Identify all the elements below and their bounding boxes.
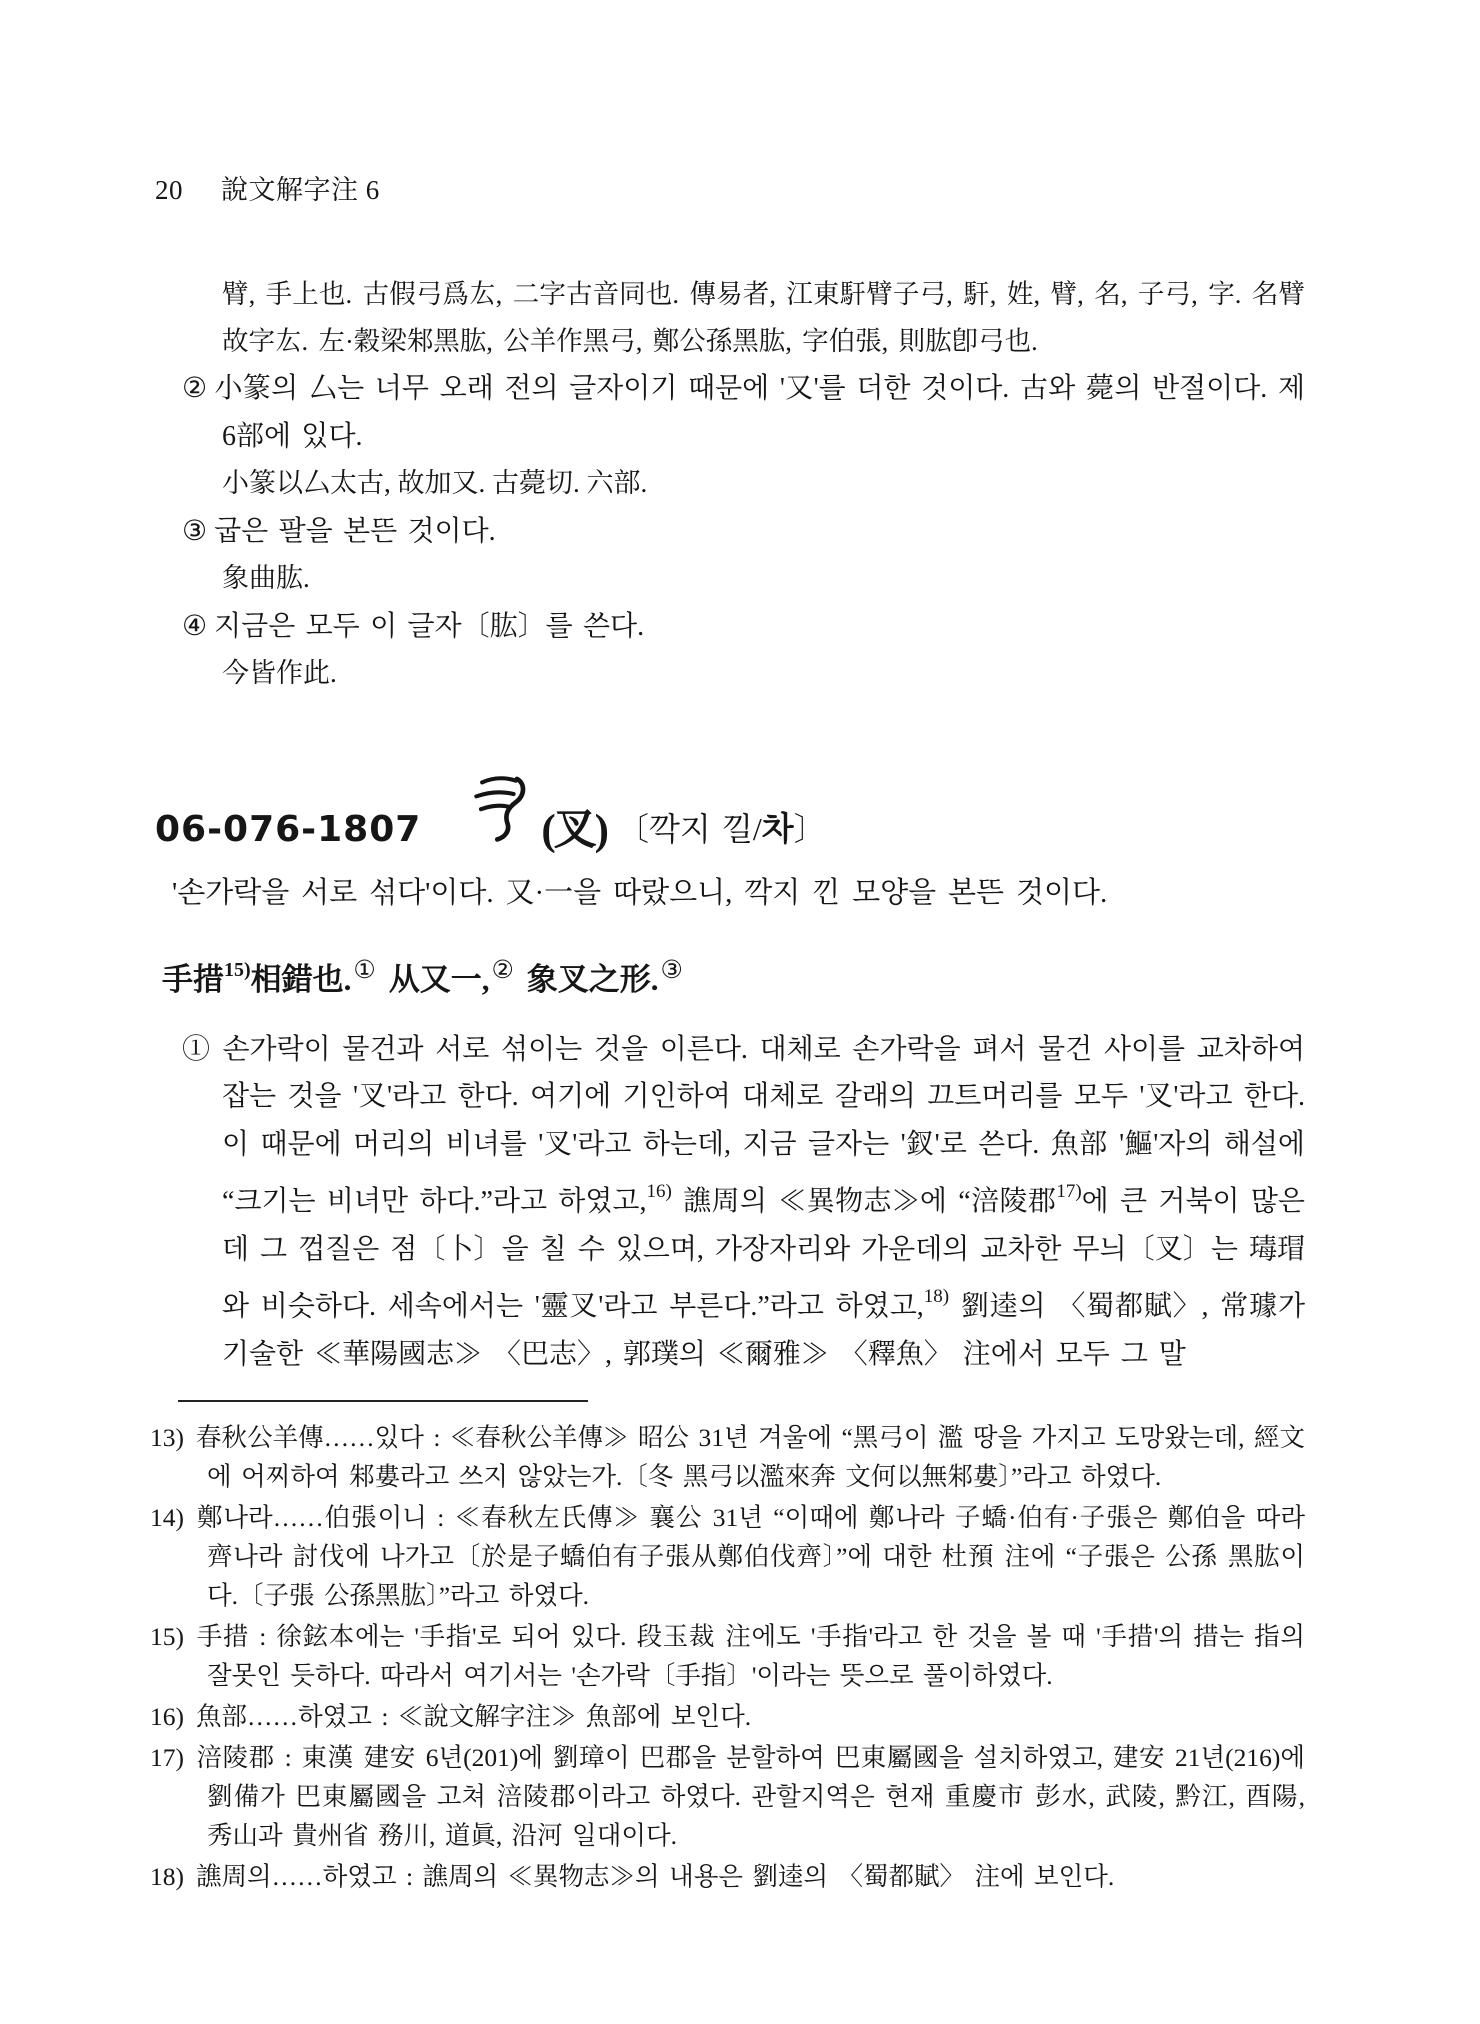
footnote-14: 14)鄭나라……伯張이니 : ≪春秋左氏傳≫ 襄公 31년 “이때에 鄭나라 子…	[150, 1498, 1305, 1615]
original-seg: 象叉之形.	[516, 962, 659, 997]
footnote-ref-18: 18)	[924, 1286, 949, 1307]
note-ref-3: ③	[660, 957, 682, 984]
entry-headword: (叉)	[541, 809, 607, 856]
footnote-ref-15: 15)	[224, 959, 251, 981]
original-seg: 从又一,	[378, 962, 490, 997]
footnote-number: 17)	[150, 1743, 184, 1772]
note-seg: 譙周의 ≪異物志≫에 “涪陵郡	[672, 1186, 1057, 1217]
footnote-text: 魚部……하였고 : ≪說文解字注≫ 魚部에 보인다.	[196, 1702, 751, 1731]
footnote-text: 春秋公羊傳……있다 : ≪春秋公羊傳≫ 昭公 31년 겨울에 “黑弓이 濫 땅을…	[196, 1423, 1305, 1491]
entry-definition: '손가락을 서로 섞다'이다. 又·一을 따랐으니, 깍지 낀 모양을 본뜬 것…	[172, 870, 1305, 916]
circled-number-3: ③	[182, 516, 207, 547]
annotation-item-4-text: 지금은 모두 이 글자〔肱〕를 쓴다.	[214, 611, 644, 642]
footnote-number: 13)	[150, 1423, 184, 1452]
footnote-text: 譙周의……하였고 : 譙周의 ≪異物志≫의 내용은 劉逵의 〈蜀都賦〉 注에 보…	[196, 1862, 1114, 1891]
footnote-text: 涪陵郡 : 東漢 建安 6년(201)에 劉璋이 巴郡을 분할하여 巴東屬國을 …	[196, 1743, 1305, 1850]
original-seg: 相錯也.	[251, 962, 352, 997]
footnotes-section: 13)春秋公羊傳……있다 : ≪春秋公羊傳≫ 昭公 31년 겨울에 “黑弓이 濫…	[150, 1418, 1305, 1896]
footnote-18: 18)譙周의……하였고 : 譙周의 ≪異物志≫의 내용은 劉逵의 〈蜀都賦〉 注…	[150, 1857, 1305, 1896]
entry-reading-pre: 〔깍지 낄/	[617, 811, 762, 847]
circled-number-2: ②	[182, 373, 207, 404]
entry-reading: 〔깍지 낄/차〕	[617, 813, 826, 856]
annotation-item-2-text: 小篆의 厶는 너무 오래 전의 글자이기 때문에 '又'를 더한 것이다. 古와…	[214, 373, 1305, 452]
footnote-text: 手措 : 徐鉉本에는 '手指'로 되어 있다. 段玉裁 注에도 '手指'라고 한…	[196, 1622, 1305, 1690]
annotation-item-2-hanja: 小篆以厶太古, 故加又. 古薨切. 六部.	[222, 460, 1305, 508]
note-ref-2: ②	[491, 957, 513, 984]
footnote-16: 16)魚部……하였고 : ≪說文解字注≫ 魚部에 보인다.	[150, 1697, 1305, 1736]
footnote-text: 鄭나라……伯張이니 : ≪春秋左氏傳≫ 襄公 31년 “이때에 鄭나라 子蟜·伯…	[196, 1503, 1305, 1610]
seal-script-cha-icon	[467, 765, 531, 856]
footnote-number: 16)	[150, 1702, 184, 1731]
page-header: 20說文解字注 6	[155, 168, 1305, 207]
original-seg: 手措	[162, 962, 224, 997]
book-title: 說文解字注 6	[221, 175, 380, 205]
footnote-number: 14)	[150, 1503, 184, 1532]
annotation-item-3-hanja: 象曲肱.	[222, 555, 1305, 603]
footnote-17: 17)涪陵郡 : 東漢 建安 6년(201)에 劉璋이 巴郡을 분할하여 巴東屬…	[150, 1738, 1305, 1855]
annotation-item-4: ④지금은 모두 이 글자〔肱〕를 쓴다.	[182, 603, 1305, 651]
footnote-ref-17: 17)	[1056, 1181, 1081, 1202]
footnote-number: 18)	[150, 1862, 184, 1891]
page-number: 20	[155, 175, 183, 205]
annotation-item-3: ③굽은 팔을 본뜬 것이다.	[182, 508, 1305, 556]
previous-entry-hanja-gloss: 臂, 手上也. 古假弓爲厷, 二字古音同也. 傳易者, 江東馯臂子弓, 馯, 姓…	[222, 271, 1305, 365]
entry-original-text: 手措15)相錯也.① 从又一,② 象叉之形.③	[162, 946, 1305, 1004]
footnote-ref-16: 16)	[646, 1181, 671, 1202]
annotation-item-4-hanja: 今皆作此.	[222, 650, 1305, 698]
entry-reading-suffix: 〕	[794, 811, 826, 847]
entry-header: 06-076-1807 (叉) 〔깍지 낄/차〕	[155, 782, 1305, 856]
footnote-separator	[178, 1400, 588, 1402]
entry-id: 06-076-1807	[155, 812, 421, 856]
entry-reading-sound: 차	[762, 812, 794, 848]
footnote-13: 13)春秋公羊傳……있다 : ≪春秋公羊傳≫ 昭公 31년 겨울에 “黑弓이 濫…	[150, 1418, 1305, 1496]
note-ref-1: ①	[353, 957, 375, 984]
annotation-item-2: ②小篆의 厶는 너무 오래 전의 글자이기 때문에 '又'를 더한 것이다. 古…	[182, 365, 1305, 460]
entry-note-1: ① 손가락이 물건과 서로 섞이는 것을 이른다. 대체로 손가락을 펴서 물건…	[182, 1026, 1305, 1379]
footnote-15: 15)手措 : 徐鉉本에는 '手指'로 되어 있다. 段玉裁 注에도 '手指'라…	[150, 1617, 1305, 1695]
footnote-number: 15)	[150, 1622, 184, 1651]
circled-number-4: ④	[182, 611, 207, 642]
book-page: 20說文解字注 6 臂, 手上也. 古假弓爲厷, 二字古音同也. 傳易者, 江東…	[0, 0, 1480, 2024]
annotation-item-3-text: 굽은 팔을 본뜬 것이다.	[214, 516, 496, 547]
